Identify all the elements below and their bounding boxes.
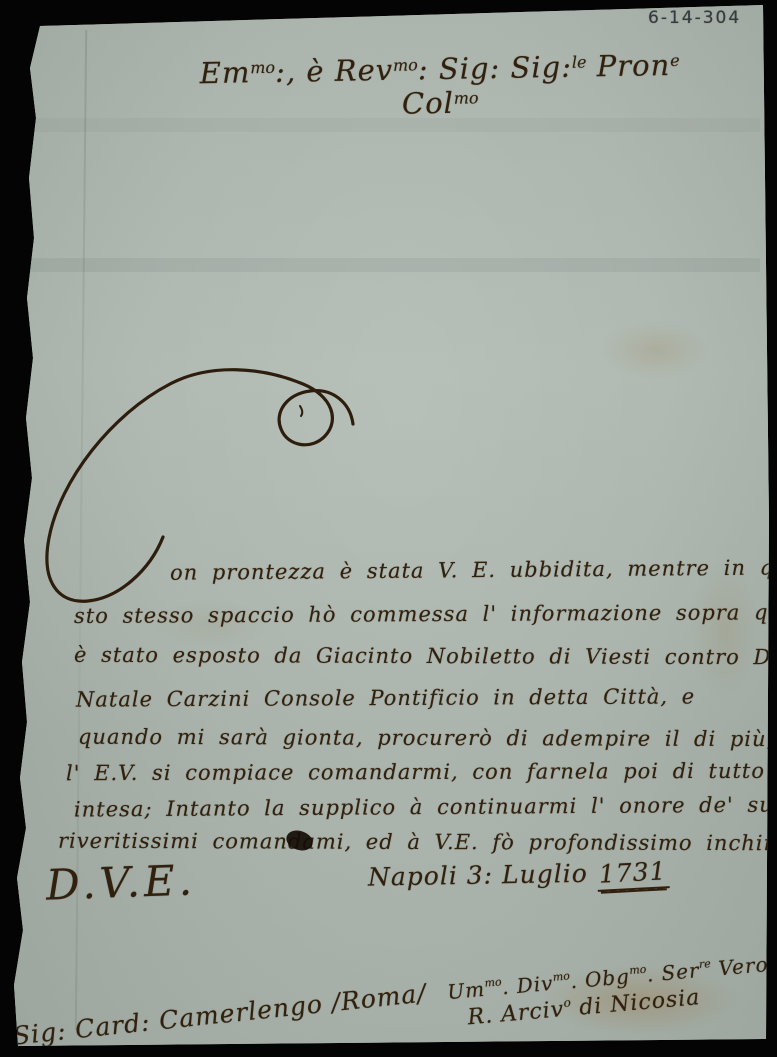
- signature-text: Vero: [710, 952, 769, 981]
- dateline: Napoli 3: Luglio 1731: [368, 857, 669, 894]
- signature-text: . Div: [501, 971, 554, 999]
- signature-superscript: mo: [629, 963, 647, 977]
- closing-initials: D.V.E.: [45, 855, 197, 909]
- photograph-background: 6-14-304 Emmo:, è Revmo: Sig: Sig:le Pro…: [0, 0, 777, 1057]
- salutation-superscript: mo: [454, 88, 479, 107]
- salutation-text: Col: [402, 86, 455, 121]
- salutation-text: Em: [199, 55, 250, 90]
- body-line: Natale Carzini Console Pontificio in det…: [76, 684, 695, 711]
- salutation-text: :, è Rev: [275, 53, 394, 89]
- signature-superscript: mo: [484, 975, 502, 989]
- address-line: Sig: Card: Camerlengo /Roma/: [12, 978, 428, 1050]
- signature-text: R. Arciv: [467, 997, 566, 1030]
- salutation-text: : Sig: Sig:: [418, 50, 573, 87]
- salutation-superscript: mo: [250, 58, 275, 77]
- body-line: l' E.V. si compiace comandarmi, con farn…: [66, 759, 765, 785]
- signature-text: Um: [446, 977, 486, 1004]
- body-line: riveritissimi comandami, ed à V.E. fò pr…: [58, 829, 777, 856]
- letter-paper: 6-14-304 Emmo:, è Revmo: Sig: Sig:le Pro…: [0, 0, 777, 1057]
- dateline-place: Napoli 3: Luglio: [368, 859, 597, 892]
- signature-text: . Obg: [569, 964, 631, 993]
- salutation-superscript: e: [670, 51, 680, 70]
- salutation-text: Pron: [586, 48, 670, 83]
- signature-superscript: mo: [552, 969, 570, 983]
- archive-reference-number: 6-14-304: [648, 8, 741, 28]
- body-line: intesa; Intanto la supplico à continuarm…: [74, 792, 777, 821]
- body-line: on prontezza è stata V. E. ubbidita, men…: [170, 555, 777, 585]
- signature-text: . Ser: [646, 958, 701, 987]
- paper-stain: [600, 320, 710, 380]
- dateline-year: 1731: [596, 856, 669, 892]
- body-line: è stato esposto da Giacinto Nobiletto di…: [74, 643, 777, 669]
- body-line: sto stesso spaccio hò commessa l' inform…: [74, 600, 777, 628]
- salutation-line: Emmo:, è Revmo: Sig: Sig:le Prone Colmo: [199, 48, 680, 124]
- body-line: quando mi sarà gionta, procurerò di adem…: [78, 725, 777, 752]
- paper-stain: [690, 560, 760, 700]
- fold-line: [30, 258, 760, 272]
- salutation-superscript: mo: [393, 55, 418, 74]
- salutation-superscript: le: [572, 52, 587, 71]
